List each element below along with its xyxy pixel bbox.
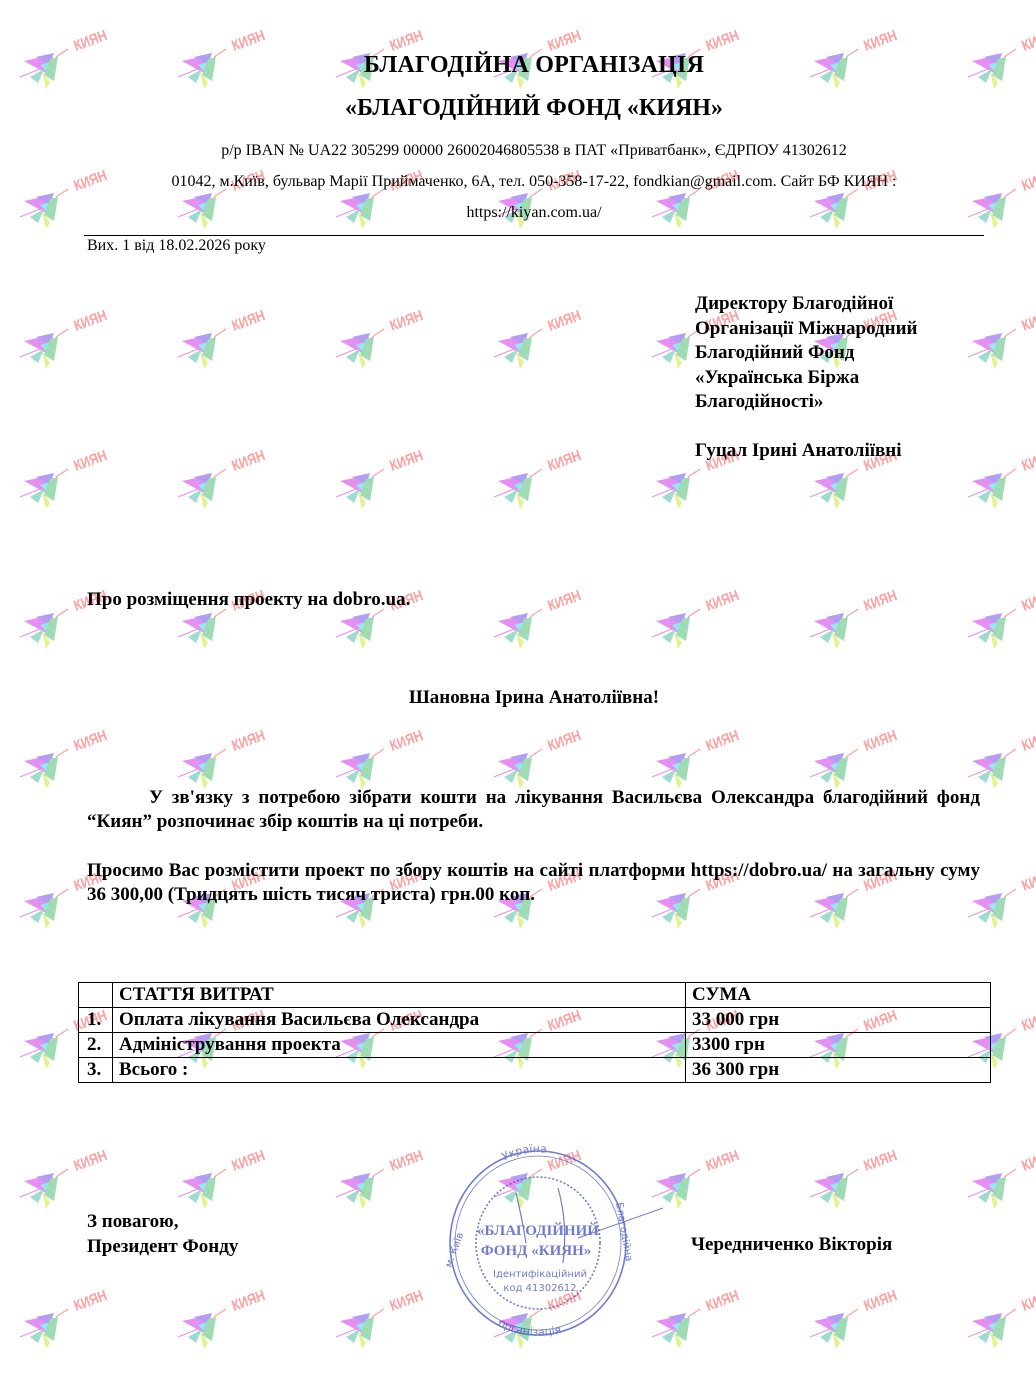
stamp-center-line1: «БЛАГОДІЙНИЙ [477, 1222, 599, 1239]
stamp-left-text: м. Київ [443, 1231, 466, 1269]
row-amount: 33 000 грн [686, 1008, 991, 1033]
table-row: 1. Оплата лікування Васильєва Олександра… [79, 1008, 991, 1033]
website-link[interactable]: https://kiyan.com.ua/ [0, 204, 1036, 222]
addressee-line: «Українська Біржа [695, 366, 965, 391]
addressee-block: Директору Благодійної Організації Міжнар… [695, 292, 965, 463]
table-row: 3. Всього : 36 300 грн [79, 1058, 991, 1083]
stamp-right-text: Благодійна [613, 1201, 635, 1262]
org-title-line1: БЛАГОДІЙНА ОРГАНІЗАЦІЯ [0, 52, 1036, 79]
letter-subject: Про розміщення проекту на dobro.ua. [87, 589, 410, 611]
addressee-line: Благодійності» [695, 390, 965, 415]
addressee-name: Гуцал Ірині Анатоліївні [695, 439, 965, 464]
row-num: 1. [79, 1008, 113, 1033]
closing-block: З повагою, Президент Фонду [87, 1209, 238, 1259]
row-item: Всього : [113, 1058, 686, 1083]
body-paragraph-2: Просимо Вас розмістити проект по збору к… [87, 859, 980, 907]
row-num: 3. [79, 1058, 113, 1083]
org-title-line2: «БЛАГОДІЙНИЙ ФОНД «КИЯН» [0, 95, 1036, 122]
letterhead-divider [84, 235, 984, 236]
table-row: 2. Адміністрування проекта 3300 грн [79, 1033, 991, 1058]
spacer [695, 415, 965, 439]
letter-page: БЛАГОДІЙНА ОРГАНІЗАЦІЯ «БЛАГОДІЙНИЙ ФОНД… [0, 0, 1036, 1385]
stamp-center-line2: ФОНД «КИЯН» [481, 1243, 592, 1259]
addressee-line: Директору Благодійної [695, 292, 965, 317]
address-line: 01042, м.Київ, бульвар Марії Приймаченко… [0, 173, 1036, 191]
organization-stamp: Україна м. Київ Благодійна організація «… [418, 1143, 668, 1343]
greeting: Шановна Ірина Анатоліївна! [0, 687, 1036, 709]
row-item: Адміністрування проекта [113, 1033, 686, 1058]
stamp-id-code: код 41302612 [503, 1283, 576, 1294]
outgoing-number: Вих. 1 від 18.02.2026 року [87, 237, 266, 255]
bank-details: р/р IBAN № UA22 305299 00000 26002046805… [0, 142, 1036, 160]
signer-name: Чередниченко Вікторія [691, 1234, 892, 1256]
addressee-line: Організації Міжнародний [695, 317, 965, 342]
row-amount: 36 300 грн [686, 1058, 991, 1083]
addressee-line: Благодійний Фонд [695, 341, 965, 366]
header-item: СТАТТЯ ВИТРАТ [113, 983, 686, 1008]
row-item: Оплата лікування Васильєва Олександра [113, 1008, 686, 1033]
stamp-id-label: Ідентифікаційний [493, 1268, 587, 1280]
closing: З повагою, [87, 1209, 238, 1234]
signer-position: Президент Фонду [87, 1234, 238, 1259]
stamp-bottom-text: організація [496, 1316, 562, 1339]
costs-table: СТАТТЯ ВИТРАТ СУМА 1. Оплата лікування В… [78, 982, 991, 1083]
header-amount: СУМА [686, 983, 991, 1008]
header-num [79, 983, 113, 1008]
svg-text:організація: організація [496, 1316, 562, 1339]
body-paragraph-1: У зв'язку з потребою зібрати кошти на лі… [87, 786, 980, 834]
stamp-top-text: Україна [500, 1143, 548, 1163]
table-header-row: СТАТТЯ ВИТРАТ СУМА [79, 983, 991, 1008]
row-amount: 3300 грн [686, 1033, 991, 1058]
row-num: 2. [79, 1033, 113, 1058]
svg-text:Україна: Україна [500, 1143, 548, 1163]
